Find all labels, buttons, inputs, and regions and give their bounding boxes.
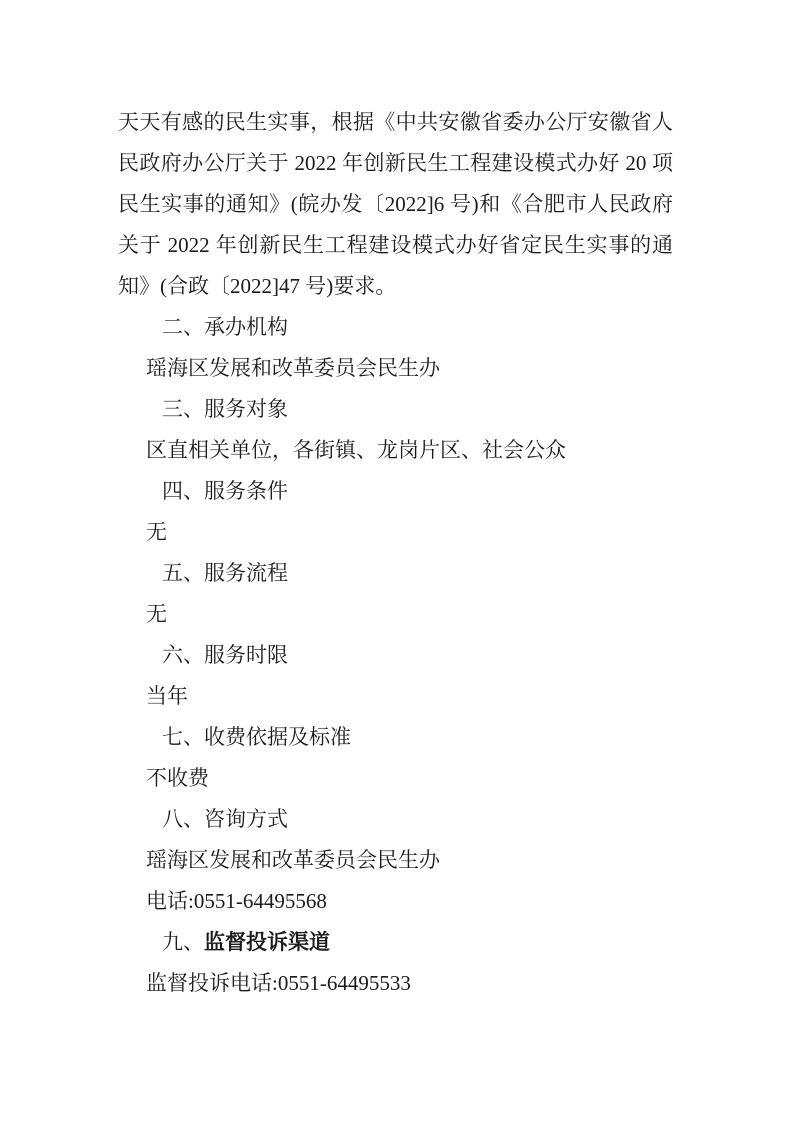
section-content-service-process: 无 xyxy=(118,594,673,635)
section-heading-8: 八、咨询方式 xyxy=(118,799,673,840)
section-content-organizer: 瑶海区发展和改革委员会民生办 xyxy=(118,348,673,389)
section-content-fee-standard: 不收费 xyxy=(118,758,673,799)
section-heading-3: 三、服务对象 xyxy=(118,389,673,430)
section-heading-9: 九、监督投诉渠道 xyxy=(118,922,673,963)
section-heading-7: 七、收费依据及标准 xyxy=(118,717,673,758)
section-content-complaint-phone: 监督投诉电话:0551-64495533 xyxy=(118,963,673,1004)
section-content-consult-office: 瑶海区发展和改革委员会民生办 xyxy=(118,840,673,881)
paragraph-line-2: 民政府办公厅关于 2022 年创新民生工程建设模式办好 20 项 xyxy=(118,143,673,184)
paragraph-line-5: 知》(合政〔2022]47 号)要求。 xyxy=(118,266,673,307)
document-page: 天天有感的民生实事，根据《中共安徽省委办公厅安徽省人 民政府办公厅关于 2022… xyxy=(0,0,792,1122)
paragraph-line-1: 天天有感的民生实事，根据《中共安徽省委办公厅安徽省人 xyxy=(118,102,673,143)
section-heading-4: 四、服务条件 xyxy=(118,471,673,512)
section-content-service-conditions: 无 xyxy=(118,512,673,553)
section-heading-2: 二、承办机构 xyxy=(118,307,673,348)
section-content-consult-phone: 电话:0551-64495568 xyxy=(118,881,673,922)
heading-9-title: 监督投诉渠道 xyxy=(204,931,330,954)
section-content-service-time-limit: 当年 xyxy=(118,676,673,717)
paragraph-line-3: 民生实事的通知》(皖办发〔2022]6 号)和《合肥市人民政府 xyxy=(118,184,673,225)
section-heading-5: 五、服务流程 xyxy=(118,553,673,594)
paragraph-line-4: 关于 2022 年创新民生工程建设模式办好省定民生实事的通 xyxy=(118,225,673,266)
section-heading-6: 六、服务时限 xyxy=(118,635,673,676)
heading-9-number: 九、 xyxy=(162,930,204,954)
section-content-service-targets: 区直相关单位，各街镇、龙岗片区、社会公众 xyxy=(118,430,673,471)
